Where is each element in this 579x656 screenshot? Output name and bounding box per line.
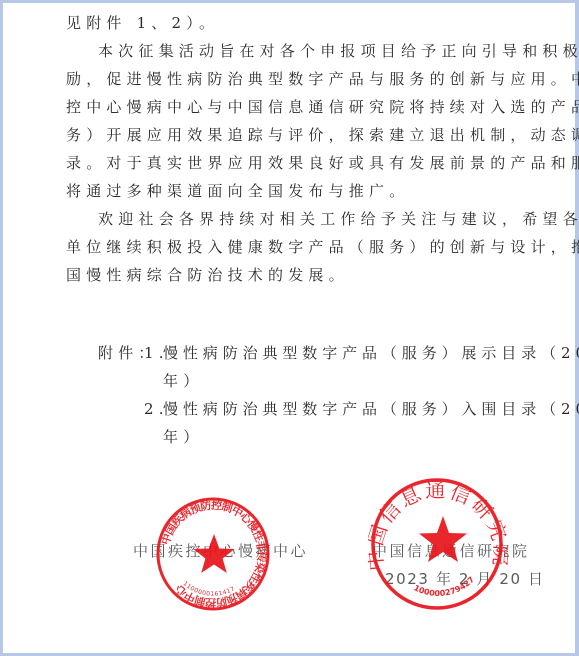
document-page: 见附件 1、2）。 本次征集活动旨在对各个申报项目给予正向引导和积极鼓 励，促进…	[0, 0, 579, 656]
paragraph-line: 励，促进慢性病防治典型数字产品与服务的创新与应用。中国疾	[66, 69, 579, 89]
signature-right-org: 中国信息通信研究院	[372, 541, 530, 561]
signature-date: 2023 年 2 月 20 日	[385, 569, 545, 589]
paragraph-line: 见附件 1、2）。	[66, 13, 219, 33]
signature-left-org: 中国疾控中心慢病中心	[133, 541, 308, 561]
paragraph-line: 本次征集活动旨在对各个申报项目给予正向引导和积极鼓	[98, 41, 579, 61]
paragraph-line: 国慢性病综合防治技术的发展。	[66, 265, 349, 285]
attachment-2-title-cont: 年）	[163, 427, 203, 447]
paragraph-line: 单位继续积极投入健康数字产品（服务）的创新与设计，推动我	[66, 237, 579, 257]
paragraph-line: 录。对于真实世界应用效果良好或具有发展前景的产品和服务，	[66, 153, 579, 173]
attachment-1-title: 慢性病防治典型数字产品（服务）展示目录（2022	[163, 343, 579, 363]
attachment-2-title: 慢性病防治典型数字产品（服务）入围目录（2022	[163, 399, 579, 419]
attachment-1-title-cont: 年）	[163, 371, 203, 391]
paragraph-line: 将通过多种渠道面向全国发布与推广。	[66, 181, 409, 201]
paragraph-line: 欢迎社会各界持续对相关工作给予关注与建议，希望各申报	[98, 209, 579, 229]
paragraph-line: 务）开展应用效果追踪与评价，探索建立退出机制，动态调整目	[66, 125, 579, 145]
paragraph-line: 控中心慢病中心与中国信息通信研究院将持续对入选的产品（服	[66, 97, 579, 117]
svg-text:1100000161417: 1100000161417	[182, 580, 237, 598]
